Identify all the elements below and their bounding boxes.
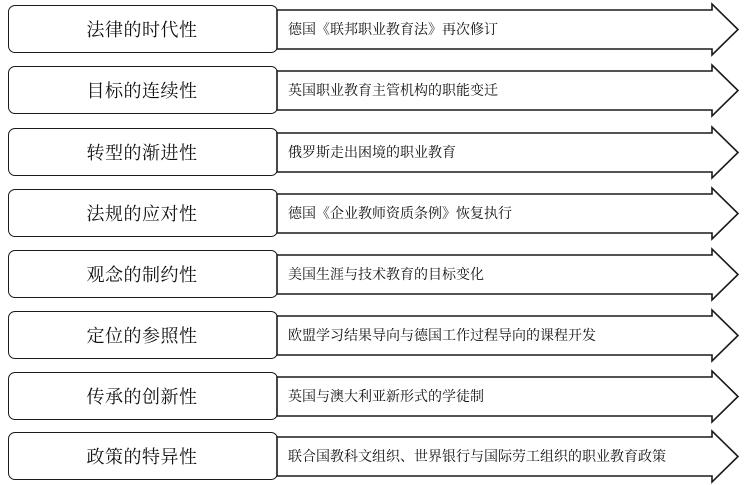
category-box: 法律的时代性 — [8, 5, 278, 53]
arrow-shape: 德国《联邦职业教育法》再次修订 — [277, 4, 741, 56]
example-description: 英国与澳大利亚新形式的学徒制 — [288, 371, 484, 423]
category-box: 传承的创新性 — [8, 372, 278, 420]
diagram-row: 法律的时代性 德国《联邦职业教育法》再次修订 — [0, 5, 748, 57]
arrow-shape: 德国《企业教师资质条例》恢复执行 — [277, 188, 741, 240]
category-label: 传承的创新性 — [87, 383, 198, 409]
category-label: 政策的特异性 — [87, 443, 198, 469]
example-description: 英国职业教育主管机构的职能变迁 — [288, 65, 498, 117]
example-description: 美国生涯与技术教育的目标变化 — [288, 249, 484, 301]
category-box: 定位的参照性 — [8, 311, 278, 359]
diagram-row: 目标的连续性 英国职业教育主管机构的职能变迁 — [0, 66, 748, 118]
example-description: 俄罗斯走出困境的职业教育 — [288, 127, 456, 179]
diagram-row: 转型的渐进性 俄罗斯走出困境的职业教育 — [0, 128, 748, 180]
example-description: 欧盟学习结果导向与德国工作过程导向的课程开发 — [288, 310, 596, 362]
arrow-shape: 欧盟学习结果导向与德国工作过程导向的课程开发 — [277, 310, 741, 362]
arrow-shape: 英国与澳大利亚新形式的学徒制 — [277, 371, 741, 423]
arrow-shape: 美国生涯与技术教育的目标变化 — [277, 249, 741, 301]
example-description: 德国《联邦职业教育法》再次修订 — [288, 4, 498, 56]
category-label: 法律的时代性 — [87, 16, 198, 42]
diagram-row: 定位的参照性 欧盟学习结果导向与德国工作过程导向的课程开发 — [0, 311, 748, 363]
category-box: 转型的渐进性 — [8, 128, 278, 176]
arrow-shape: 联合国教科文组织、世界银行与国际劳工组织的职业教育政策 — [277, 431, 741, 483]
category-box: 观念的制约性 — [8, 250, 278, 298]
category-label: 法规的应对性 — [87, 200, 198, 226]
arrow-shape: 俄罗斯走出困境的职业教育 — [277, 127, 741, 179]
category-box: 目标的连续性 — [8, 66, 278, 114]
category-label: 观念的制约性 — [87, 261, 198, 287]
diagram-row: 政策的特异性 联合国教科文组织、世界银行与国际劳工组织的职业教育政策 — [0, 432, 748, 484]
example-description: 德国《企业教师资质条例》恢复执行 — [288, 188, 512, 240]
diagram-row: 法规的应对性 德国《企业教师资质条例》恢复执行 — [0, 189, 748, 241]
diagram-row: 观念的制约性 美国生涯与技术教育的目标变化 — [0, 250, 748, 302]
category-box: 政策的特异性 — [8, 432, 278, 480]
category-label: 目标的连续性 — [87, 77, 198, 103]
example-description: 联合国教科文组织、世界银行与国际劳工组织的职业教育政策 — [288, 431, 666, 483]
diagram-row: 传承的创新性 英国与澳大利亚新形式的学徒制 — [0, 372, 748, 424]
category-box: 法规的应对性 — [8, 189, 278, 237]
arrow-shape: 英国职业教育主管机构的职能变迁 — [277, 65, 741, 117]
category-label: 转型的渐进性 — [87, 139, 198, 165]
category-label: 定位的参照性 — [87, 322, 198, 348]
